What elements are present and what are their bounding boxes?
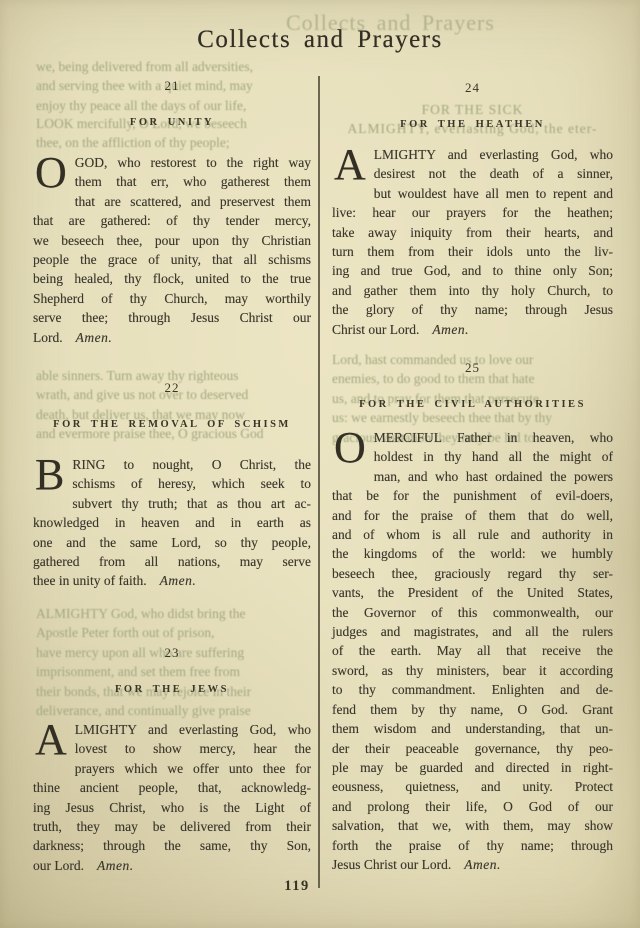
prayer-number: 22 <box>33 381 311 395</box>
column-divider-rule <box>318 76 320 888</box>
prayer-section-24: 24 FOR THE HEATHEN A LMIGHTY and everlas… <box>332 81 613 339</box>
prayer-last-line: thee in unity of faith.Amen. <box>33 571 311 590</box>
amen-text: Amen. <box>432 322 469 337</box>
page-number: 119 <box>257 878 337 895</box>
prayer-line: take away iniquity from their hearts, an… <box>332 223 613 242</box>
prayer-body: B RING to nought, O Christ, theschisms o… <box>33 455 311 591</box>
prayer-last-line: our Lord.Amen. <box>33 856 311 875</box>
prayer-line: them that err, who gatherest them <box>33 172 311 191</box>
prayer-line: vants, the President of the United State… <box>332 583 613 602</box>
prayer-line: salvation, that we, with them, may show <box>332 816 613 835</box>
prayer-line: prayers which we offer unto thee for <box>33 759 311 778</box>
prayer-heading: FOR THE JEWS <box>33 684 311 696</box>
prayer-line: holdest in thy hand all the might of <box>332 447 613 466</box>
prayer-body: O GOD, who restorest to the right waythe… <box>33 153 311 347</box>
prayer-line: of the earth. May all that receive the <box>332 641 613 660</box>
amen-text: Amen. <box>76 330 113 345</box>
prayer-line: GOD, who restorest to the right way <box>33 153 311 172</box>
prayer-line: RING to nought, O Christ, the <box>33 455 311 474</box>
prayer-line: forth the praise of thy name; through <box>332 836 613 855</box>
prayer-lines: GOD, who restorest to the right waythem … <box>33 153 311 328</box>
last-line-text: Lord. <box>33 330 63 345</box>
drop-cap-initial: O <box>33 153 75 193</box>
amen-text: Amen. <box>160 573 197 588</box>
prayer-line: the Governor of this commonwealth, our <box>332 603 613 622</box>
prayer-line: ing Jesus Christ, who is the Light of <box>33 798 311 817</box>
last-line-text: Jesus Christ our Lord. <box>332 857 451 872</box>
prayer-line: and for the praise of them that do well, <box>332 506 613 525</box>
prayer-line: and of whom is all rule and authority in <box>332 525 613 544</box>
prayer-line: eousness, quietness, and unity. Protect <box>332 777 613 796</box>
prayer-line: ple may be guarded and directed in right… <box>332 758 613 777</box>
prayer-last-line: Jesus Christ our Lord.Amen. <box>332 855 613 874</box>
prayer-line: gathered from all nations, may serve <box>33 552 311 571</box>
prayer-body: O MERCIFUL Father in heaven, whoholdest … <box>332 428 613 874</box>
prayer-line: Shepherd of thy Church, may worthily <box>33 289 311 308</box>
prayer-line: serve thee; through Jesus Christ our <box>33 308 311 327</box>
prayer-line: turn them from their idols unto the liv- <box>332 242 613 261</box>
prayer-section-25: 25 FOR THE CIVIL AUTHORITIES O MERCIFUL … <box>332 361 613 874</box>
prayer-lines: RING to nought, O Christ, theschisms of … <box>33 455 311 571</box>
prayer-line: to thy commandment. Enlighten and de- <box>332 680 613 699</box>
prayer-line: ing and true God, and to thine only Son; <box>332 261 613 280</box>
prayer-number: 25 <box>332 361 613 375</box>
prayer-section-21: 21 FOR UNITY O GOD, who restorest to the… <box>33 79 311 347</box>
prayer-line: and prolong their life, O God of our <box>332 797 613 816</box>
prayer-line: thine ancient people, that, acknowledg- <box>33 778 311 797</box>
prayer-section-23: 23 FOR THE JEWS A LMIGHTY and everlastin… <box>33 646 311 875</box>
prayer-line: MERCIFUL Father in heaven, who <box>332 428 613 447</box>
page-title: Collects and Prayers <box>0 26 640 54</box>
prayer-line: man, and who hast ordained the powers <box>332 467 613 486</box>
ghost-line: Apostle Peter forth out of prison, <box>36 623 314 642</box>
prayer-line: live: hear our prayers for the heathen; <box>332 203 613 222</box>
last-line-text: thee in unity of faith. <box>33 573 147 588</box>
prayer-line: we beseech thee, pour upon thy Christian <box>33 231 311 250</box>
prayer-line: knowledged in heaven and in earth as <box>33 513 311 532</box>
drop-cap-initial: O <box>332 428 374 468</box>
last-line-text: Christ our Lord. <box>332 322 419 337</box>
prayer-line: lovest to show mercy, hear the <box>33 739 311 758</box>
prayer-last-line: Christ our Lord.Amen. <box>332 320 613 339</box>
last-line-text: our Lord. <box>33 858 84 873</box>
prayer-lines: LMIGHTY and everlasting God, whodesirest… <box>332 145 613 320</box>
prayer-line: and gather them into thy holy Church, to <box>332 281 613 300</box>
prayer-line: that are scattered, and preservest them <box>33 192 311 211</box>
prayer-heading: FOR THE HEATHEN <box>332 119 613 131</box>
prayer-line: that be for the punishment of evil-doers… <box>332 486 613 505</box>
prayer-line: truth, they may be delivered from their <box>33 817 311 836</box>
prayer-line: beseech thee, graciously regard thy ser- <box>332 564 613 583</box>
book-page: Collects and Prayers we, being delivered… <box>0 0 640 928</box>
prayer-heading: FOR THE REMOVAL OF SCHISM <box>33 419 311 431</box>
ghost-line: ALMIGHTY God, who didst bring the <box>36 604 314 623</box>
prayer-heading: FOR UNITY <box>33 117 311 129</box>
prayer-line: judges and magistrates, and all the rule… <box>332 622 613 641</box>
prayer-section-22: 22 FOR THE REMOVAL OF SCHISM B RING to n… <box>33 381 311 591</box>
prayer-line: people the grace of unity, that all schi… <box>33 250 311 269</box>
prayer-line: them wisdom and understanding, that un- <box>332 719 613 738</box>
drop-cap-initial: A <box>332 145 374 185</box>
drop-cap-initial: B <box>33 455 72 495</box>
prayer-line: subvert thy truth; that as thou art ac- <box>33 494 311 513</box>
prayer-last-line: Lord.Amen. <box>33 328 311 347</box>
prayer-line: der their peaceable governance, thy peo- <box>332 739 613 758</box>
prayer-line: sword, as thy ministers, bear it accordi… <box>332 661 613 680</box>
prayer-line: that are gathered: of thy tender mercy, <box>33 211 311 230</box>
amen-text: Amen. <box>97 858 134 873</box>
prayer-line: LMIGHTY and everlasting God, who <box>332 145 613 164</box>
prayer-line: desirest not the death of a sinner, <box>332 164 613 183</box>
prayer-lines: MERCIFUL Father in heaven, whoholdest in… <box>332 428 613 855</box>
prayer-heading: FOR THE CIVIL AUTHORITIES <box>332 399 613 411</box>
prayer-body: A LMIGHTY and everlasting God, whodesire… <box>332 145 613 339</box>
prayer-line: darkness; through the same, thy Son, <box>33 836 311 855</box>
prayer-line: but wouldest have all men to repent and <box>332 184 613 203</box>
prayer-line: being healed, thy flock, united to the t… <box>33 269 311 288</box>
prayer-body: A LMIGHTY and everlasting God, wholovest… <box>33 720 311 875</box>
prayer-number: 24 <box>332 81 613 95</box>
prayer-line: LMIGHTY and everlasting God, who <box>33 720 311 739</box>
prayer-number: 21 <box>33 79 311 93</box>
prayer-number: 23 <box>33 646 311 660</box>
prayer-line: schisms of heresy, which seek to <box>33 474 311 493</box>
prayer-line: the glory of thy name; through Jesus <box>332 300 613 319</box>
prayer-line: one and the same Lord, so thy people, <box>33 533 311 552</box>
prayer-line: fend them by thy name, O God. Grant <box>332 700 613 719</box>
ghost-line: we, being delivered from all adversities… <box>36 57 314 76</box>
prayer-line: the kingdoms of the world: we humbly <box>332 544 613 563</box>
amen-text: Amen. <box>464 857 501 872</box>
prayer-lines: LMIGHTY and everlasting God, wholovest t… <box>33 720 311 856</box>
drop-cap-initial: A <box>33 720 75 760</box>
